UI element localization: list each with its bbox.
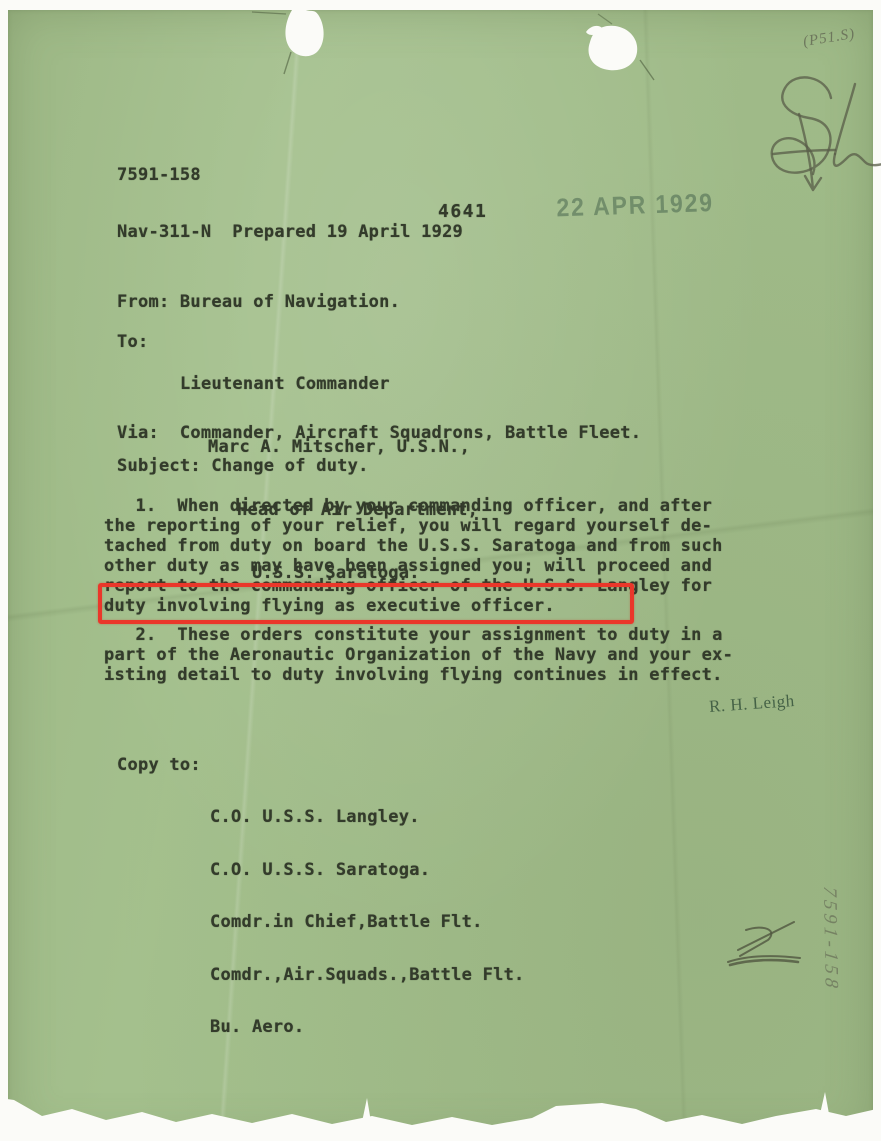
copy-to-item: Comdr.in Chief,Battle Flt. [210,914,525,932]
pencil-side-file-number: 7591-158 [818,885,842,993]
copy-to-item: C.O. U.S.S. Langley. [210,809,525,827]
to-line: Lieutenant Commander [180,374,478,395]
highlight-box [98,583,634,624]
office-code-line: Nav-311-NPrepared 19 April 1929 [117,223,463,242]
copy-to-item: C.O. U.S.S. Saratoga. [210,862,525,880]
copy-to-item: Bu. Aero. [210,1019,525,1037]
via-line: Via: Commander, Aircraft Squadrons, Batt… [117,423,641,443]
office-code: Nav-311-N [117,222,211,242]
copy-to-item: Comdr.,Air.Squads.,Battle Flt. [210,967,525,985]
paragraph-2: 2. These orders constitute your assignme… [104,625,733,685]
copy-to-label: Copy to: [117,755,201,775]
scanned-letter-screenshot: { "doc": { "ref": { "file_number": "7591… [0,0,881,1141]
from-line: From: Bureau of Navigation. [117,292,400,312]
date-stamp: 22 APR 1929 [556,189,714,224]
pencil-monogram-scribble [743,62,881,212]
file-number: 7591-158 [117,166,463,185]
prepared-date: Prepared 19 April 1929 [232,222,463,242]
subject-line: Subject: Change of duty. [117,456,369,476]
serial-number: 4641 [438,202,487,222]
pencil-filing-code: (P51.S) [802,26,856,51]
signature-name: R. H. Leigh [708,691,795,717]
document-page: 7591-158 Nav-311-NPrepared 19 April 1929… [8,10,873,1141]
to-label: To: [117,332,148,352]
copy-to-list: C.O. U.S.S. Langley. C.O. U.S.S. Saratog… [210,774,525,1072]
reference-block: 7591-158 Nav-311-NPrepared 19 April 1929 [117,128,463,280]
pencil-scribble [720,908,810,978]
